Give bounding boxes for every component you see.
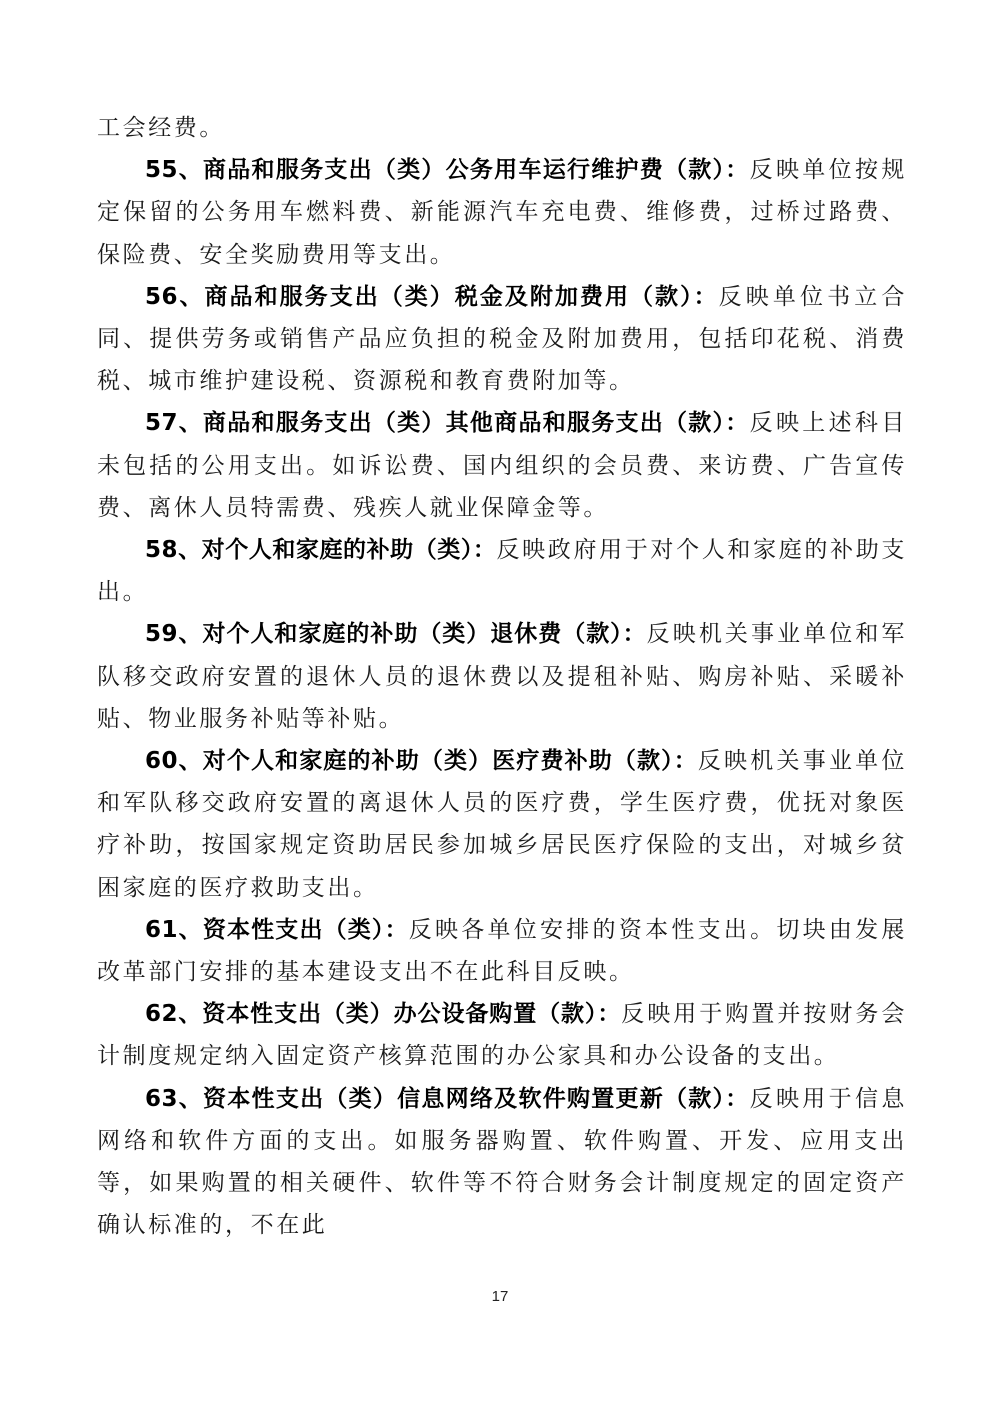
- item-57: 57、商品和服务支出（类）其他商品和服务支出（款）：反映上述科目未包括的公用支出…: [97, 402, 907, 529]
- item-heading: 63、资本性支出（类）信息网络及软件购置更新（款）：: [145, 1086, 750, 1112]
- item-heading: 56、商品和服务支出（类）税金及附加费用（款）：: [145, 284, 719, 310]
- item-61: 61、资本性支出（类）：反映各单位安排的资本性支出。切块由发展改革部门安排的基本…: [97, 909, 907, 993]
- item-heading: 62、资本性支出（类）办公设备购置（款）：: [145, 1001, 621, 1027]
- item-63: 63、资本性支出（类）信息网络及软件购置更新（款）：反映用于信息网络和软件方面的…: [97, 1078, 907, 1247]
- paragraph-continuation: 工会经费。: [97, 107, 907, 149]
- item-60: 60、对个人和家庭的补助（类）医疗费补助（款）：反映机关事业单位和军队移交政府安…: [97, 740, 907, 909]
- page-number: 17: [0, 1288, 1000, 1305]
- item-62: 62、资本性支出（类）办公设备购置（款）：反映用于购置并按财务会计制度规定纳入固…: [97, 993, 907, 1077]
- item-heading: 61、资本性支出（类）：: [145, 917, 409, 943]
- item-56: 56、商品和服务支出（类）税金及附加费用（款）：反映单位书立合同、提供劳务或销售…: [97, 276, 907, 403]
- item-heading: 57、商品和服务支出（类）其他商品和服务支出（款）：: [145, 410, 750, 436]
- item-55: 55、商品和服务支出（类）公务用车运行维护费（款）：反映单位按规定保留的公务用车…: [97, 149, 907, 276]
- item-heading: 58、对个人和家庭的补助（类）：: [145, 537, 496, 563]
- item-58: 58、对个人和家庭的补助（类）：反映政府用于对个人和家庭的补助支出。: [97, 529, 907, 613]
- document-page: 工会经费。 55、商品和服务支出（类）公务用车运行维护费（款）：反映单位按规定保…: [97, 107, 907, 1246]
- item-59: 59、对个人和家庭的补助（类）退休费（款）：反映机关事业单位和军队移交政府安置的…: [97, 613, 907, 740]
- item-heading: 59、对个人和家庭的补助（类）退休费（款）：: [145, 621, 647, 647]
- item-heading: 60、对个人和家庭的补助（类）医疗费补助（款）：: [145, 748, 698, 774]
- item-heading: 55、商品和服务支出（类）公务用车运行维护费（款）：: [145, 157, 750, 183]
